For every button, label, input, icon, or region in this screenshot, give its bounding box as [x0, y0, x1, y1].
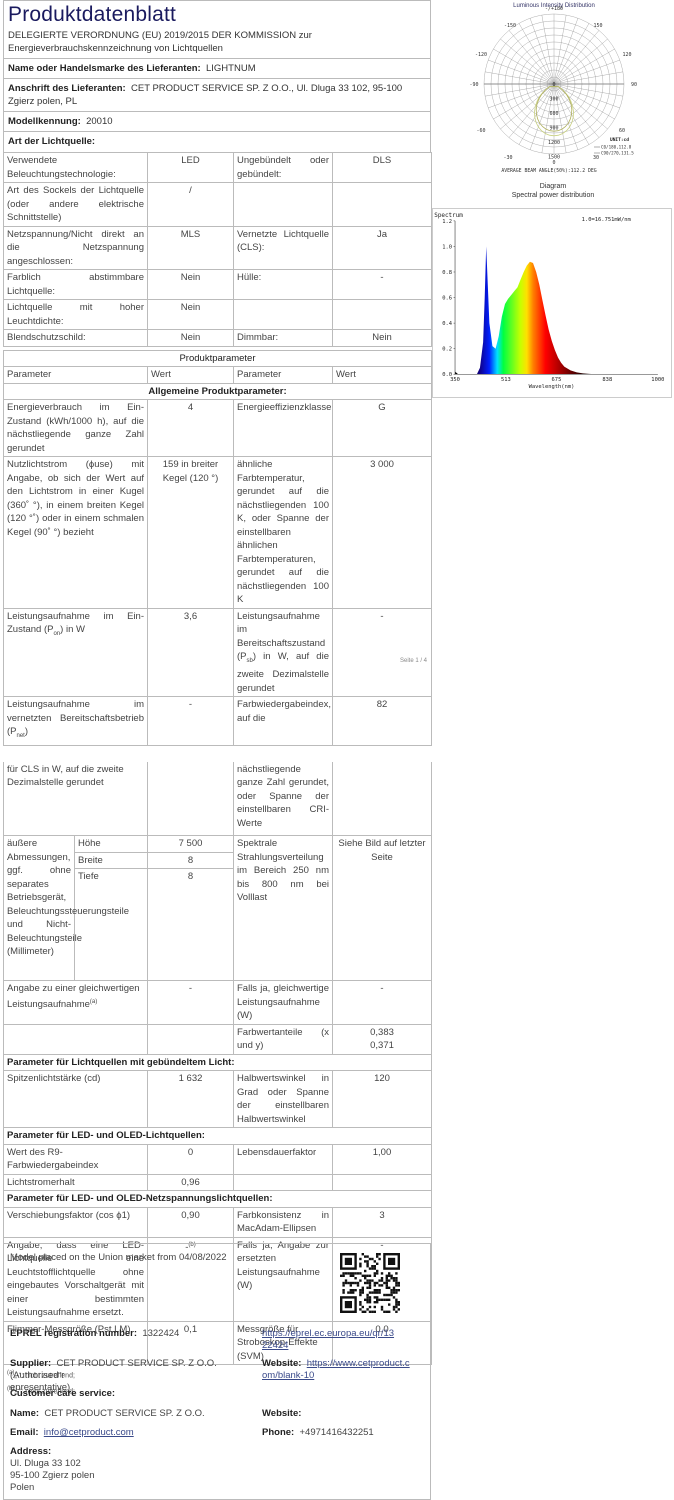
customer-care-heading: Customer care service:	[10, 1388, 115, 1400]
lightsource-value-2: Nein	[333, 330, 432, 347]
table-row: Blendschutzschild:NeinDimmbar:Nein	[4, 330, 432, 347]
svg-text:AVERAGE BEAM ANGLE(50%):112.2: AVERAGE BEAM ANGLE(50%):112.2 DEG	[501, 168, 596, 174]
svg-text:600: 600	[549, 111, 558, 117]
lightsource-label: Netzspannung/Nicht direkt an die Netzspa…	[4, 226, 148, 270]
energy-consumption-value: 4	[148, 400, 234, 457]
lightsource-label-2: Ungebündelt oder gebündelt:	[234, 153, 333, 183]
svg-text:0.6: 0.6	[442, 296, 452, 302]
power-standby-value: -	[333, 608, 432, 697]
care-email: Email: info@cetproduct.com	[10, 1427, 134, 1439]
care-website-label: Website:	[262, 1408, 301, 1420]
supplier-name-row: Name oder Handelsmarke des Lieferanten: …	[4, 58, 430, 78]
svg-text:120: 120	[622, 52, 631, 58]
chromaticity-value: 0,3830,371	[333, 1024, 432, 1054]
lightsource-label: Lichtquelle mit hoher Leuchtdichte:	[4, 300, 148, 330]
r9-label: Wert des R9-Farbwiedergabeindex	[4, 1144, 148, 1174]
model-row: Modellkennung: 20010	[4, 111, 430, 131]
header-block: Produktdatenblatt DELEGIERTE VERORDNUNG …	[3, 0, 431, 152]
email-link[interactable]: info@cetproduct.com	[44, 1427, 134, 1438]
table-row: Farbwertanteile (x und y) 0,3830,371	[4, 1024, 432, 1054]
regulation-subtitle: DELEGIERTE VERORDNUNG (EU) 2019/2015 DER…	[4, 27, 430, 58]
lightsource-value: Nein	[148, 300, 234, 330]
lightsource-label-2: Hülle:	[234, 270, 333, 300]
displacement-factor-label: Verschiebungsfaktor (cos ϕ1)	[4, 1207, 148, 1237]
table-row: Farblich abstimmbare Lichtquelle:NeinHül…	[4, 270, 432, 300]
power-network-value: -	[148, 697, 234, 745]
lightsource-type-row: Art der Lichtquelle:	[4, 131, 430, 152]
lightsource-label-2: Vernetzte Lichtquelle (CLS):	[234, 226, 333, 270]
table-row: Lichtstromerhalt 0,96	[4, 1174, 432, 1191]
lightsource-value: /	[148, 183, 234, 227]
dim-depth-value: 8	[148, 869, 234, 981]
svg-text:1200: 1200	[548, 140, 560, 146]
empty-cell	[234, 1174, 333, 1191]
table-row: Lichtquelle mit hoher Leuchtdichte:Nein	[4, 300, 432, 330]
care-address: Address: Ul. Dluga 33 102 95-100 Zgierz …	[10, 1446, 95, 1494]
params-heading-row: Produktparameter	[4, 350, 432, 367]
supplier-name-value: LIGHTNUM	[206, 63, 256, 74]
beam-angle-label: Halbwertswinkel in Grad oder Spanne der …	[234, 1071, 333, 1128]
peak-intensity-label: Spitzenlichtstärke (cd)	[4, 1071, 148, 1128]
table-row: Energieverbrauch im Ein-Zustand (kWh/100…	[4, 400, 432, 457]
power-on-label: Leistungsaufnahme im Ein-Zustand (Pon) i…	[4, 608, 148, 697]
power-on-value: 3,6	[148, 608, 234, 697]
table-row: Netzspannung/Nicht direkt an die Netzspa…	[4, 226, 432, 270]
dim-height-value: 7 500	[148, 836, 234, 853]
energy-consumption-label: Energieverbrauch im Ein-Zustand (kWh/100…	[4, 400, 148, 457]
power-network-label-cont: für CLS in W, auf die zweite Dezimalstel…	[4, 762, 148, 836]
table-row: Wert des R9-Farbwiedergabeindex 0 Lebens…	[4, 1144, 432, 1174]
svg-text:UNIT:cd: UNIT:cd	[610, 137, 629, 143]
dim-depth-label: Tiefe	[75, 869, 148, 981]
svg-text:0.8: 0.8	[442, 270, 452, 276]
care-phone: Phone: +4971416432251	[262, 1427, 374, 1439]
svg-text:350: 350	[450, 377, 460, 383]
cri-value: 82	[333, 697, 432, 745]
supplier-address-label: Anschrift des Lieferanten:	[8, 83, 126, 94]
lightsource-type-label: Art der Lichtquelle:	[8, 136, 95, 147]
table-row: Leistungsaufnahme im Ein-Zustand (Pon) i…	[4, 608, 432, 697]
energy-class-label: Energieeffizienzklasse	[234, 400, 333, 457]
power-network-label: Leistungsaufnahme im vernetzten Bereitsc…	[4, 697, 148, 745]
svg-text:-60: -60	[476, 128, 485, 134]
lightsource-label: Verwendete Beleuchtungstechnologie:	[4, 153, 148, 183]
svg-text:1000: 1000	[651, 377, 664, 383]
col-header-parameter-2: Parameter	[234, 367, 333, 384]
lightsource-value: MLS	[148, 226, 234, 270]
led-heading: Parameter für LED- und OLED-Lichtquellen…	[4, 1128, 432, 1145]
table-row: Angabe zu einer gleichwertigen Leistungs…	[4, 981, 432, 1025]
lumen-maintenance-value: 0,96	[148, 1174, 234, 1191]
spectral-distribution-value: Siehe Bild auf letzter Seite	[333, 836, 432, 981]
survival-factor-label: Lebensdauerfaktor	[234, 1144, 333, 1174]
qr-code-icon[interactable]	[340, 1253, 400, 1313]
product-parameters-table: Produktparameter Parameter Wert Paramete…	[3, 350, 432, 746]
dims-row: äußere Abmessungen, ggf. ohne separates …	[4, 836, 432, 853]
dim-width-label: Breite	[75, 852, 148, 869]
table-row: Spitzenlichtstärke (cd) 1 632 Halbwertsw…	[4, 1071, 432, 1128]
svg-text:675: 675	[552, 377, 562, 383]
svg-text:1500: 1500	[548, 155, 560, 161]
spectral-distribution-label: Spektrale Strahlungsverteilung im Bereic…	[234, 836, 333, 981]
lightsource-value-2: Ja	[333, 226, 432, 270]
page-title: Produktdatenblatt	[4, 1, 430, 27]
survival-factor-value: 1,00	[333, 1144, 432, 1174]
chromaticity-label: Farbwertanteile (x und y)	[234, 1024, 333, 1054]
luminous-flux-label: Nutzlichtstrom (ϕuse) mit Angabe, ob sic…	[4, 457, 148, 609]
svg-text:513: 513	[501, 377, 511, 383]
empty-cell	[333, 762, 432, 836]
lightsource-value: LED	[148, 153, 234, 183]
col-header-value: Wert	[148, 367, 234, 384]
svg-text:-90: -90	[469, 82, 478, 88]
mains-heading-row: Parameter für LED- und OLED-Netzspannung…	[4, 1191, 432, 1208]
macadam-value: 3	[333, 1207, 432, 1237]
svg-text:-150: -150	[504, 23, 516, 29]
power-standby-label: Leistungsaufnahme im Bereitschaftszustan…	[234, 608, 333, 697]
model-value: 20010	[86, 116, 112, 127]
svg-text:1.0: 1.0	[442, 244, 452, 250]
svg-text:150: 150	[593, 23, 602, 29]
equivalent-power-if-value: -	[333, 981, 432, 1025]
energy-class-value: G	[333, 400, 432, 457]
beam-angle-value: 120	[333, 1071, 432, 1128]
svg-text:Spectrum: Spectrum	[434, 212, 463, 219]
directional-heading: Parameter für Lichtquellen mit gebündelt…	[4, 1054, 432, 1071]
lightsource-value-2: -	[333, 270, 432, 300]
lightsource-value-2	[333, 300, 432, 330]
spectral-chart-title: Diagram Spectral power distribution	[438, 182, 668, 200]
subtitle-line-1: DELEGIERTE VERORDNUNG (EU) 2019/2015 DER…	[8, 29, 426, 42]
lightsource-label-2: Dimmbar:	[234, 330, 333, 347]
lumen-maintenance-label: Lichtstromerhalt	[4, 1174, 148, 1191]
supplier-address-row: Anschrift des Lieferanten: CET PRODUCT S…	[4, 78, 430, 111]
supplier-name-label: Name oder Handelsmarke des Lieferanten:	[8, 63, 201, 74]
cri-label: Farbwiedergabeindex, auf die	[234, 697, 333, 745]
table-row: Leistungsaufnahme im vernetzten Bereitsc…	[4, 697, 432, 745]
col-header-parameter: Parameter	[4, 367, 148, 384]
svg-text:838: 838	[602, 377, 612, 383]
lightsource-label-2	[234, 300, 333, 330]
macadam-label: Farbkonsistenz in MacAdam-Ellipsen	[234, 1207, 333, 1237]
care-name: Name: CET PRODUCT SERVICE SP. Z O.O.	[10, 1408, 205, 1420]
svg-text:0: 0	[552, 160, 555, 166]
website-link-cont[interactable]: om/blank-10	[262, 1370, 314, 1381]
svg-text:C90/270,131.5: C90/270,131.5	[601, 151, 634, 156]
lightsource-value: Nein	[148, 270, 234, 300]
market-date: Model placed on the Union market from 04…	[10, 1252, 227, 1264]
displacement-factor-value: 0,90	[148, 1207, 234, 1237]
r9-value: 0	[148, 1144, 234, 1174]
col-header-value-2: Wert	[333, 367, 432, 384]
page-number: Seite 1 / 4	[400, 658, 427, 664]
lightsource-label: Blendschutzschild:	[4, 330, 148, 347]
lightsource-value-2: DLS	[333, 153, 432, 183]
led-heading-row: Parameter für LED- und OLED-Lichtquellen…	[4, 1128, 432, 1145]
general-params-heading: Allgemeine Produktparameter:	[4, 383, 432, 400]
lightsource-label: Farblich abstimmbare Lichtquelle:	[4, 270, 148, 300]
svg-text:30: 30	[593, 155, 599, 161]
cri-label-cont: nächstliegende ganze Zahl gerundet, oder…	[234, 762, 333, 836]
eprel-link[interactable]: https://eprel.ec.europa.eu/qr/1322424	[262, 1328, 394, 1352]
svg-text:-30: -30	[503, 155, 512, 161]
website-link[interactable]: https://www.cetproduct.c	[307, 1358, 410, 1369]
lightsource-value-2	[333, 183, 432, 227]
svg-text:1.2: 1.2	[442, 219, 452, 225]
general-heading-row: Allgemeine Produktparameter:	[4, 383, 432, 400]
table-row: Verwendete Beleuchtungstechnologie:LEDUn…	[4, 153, 432, 183]
empty-cell	[333, 1174, 432, 1191]
svg-text:-/+180: -/+180	[545, 6, 563, 12]
table-row: Verschiebungsfaktor (cos ϕ1) 0,90 Farbko…	[4, 1207, 432, 1237]
table-row: für CLS in W, auf die zweite Dezimalstel…	[4, 762, 432, 836]
empty-cell	[148, 1024, 234, 1054]
model-label: Modellkennung:	[8, 116, 81, 127]
table-row: Nutzlichtstrom (ϕuse) mit Angabe, ob sic…	[4, 457, 432, 609]
subtitle-line-2: Energieverbrauchskennzeichnung von Licht…	[8, 42, 426, 55]
svg-text:C0/180,112.8: C0/180,112.8	[601, 145, 632, 150]
svg-text:300: 300	[549, 97, 558, 103]
directional-heading-row: Parameter für Lichtquellen mit gebündelt…	[4, 1054, 432, 1071]
equivalent-power-if-label: Falls ja, gleichwertige Leistungsaufnahm…	[234, 981, 333, 1025]
cct-label: ähnliche Farbtemperatur, gerundet auf di…	[234, 457, 333, 609]
luminous-flux-value: 159 in breiter Kegel (120 °)	[148, 457, 234, 609]
product-datasheet: Produktdatenblatt DELEGIERTE VERORDNUNG …	[3, 0, 431, 1398]
spectral-power-chart: Spectrum1.0=16.751mW/nm0.00.20.40.60.81.…	[432, 208, 672, 398]
dim-height-label: Höhe	[75, 836, 148, 853]
svg-text:90: 90	[631, 82, 637, 88]
table-row: Art des Sockels der Lichtquelle (oder an…	[4, 183, 432, 227]
svg-text:-120: -120	[475, 52, 487, 58]
peak-intensity-value: 1 632	[148, 1071, 234, 1128]
svg-text:0.2: 0.2	[442, 347, 452, 353]
lightsource-label: Art des Sockels der Lichtquelle (oder an…	[4, 183, 148, 227]
svg-text:Wavelength(nm): Wavelength(nm)	[529, 384, 575, 390]
eprel-info-box: Model placed on the Union market from 04…	[3, 1243, 431, 1500]
empty-cell	[148, 762, 234, 836]
equivalent-power-label: Angabe zu einer gleichwertigen Leistungs…	[4, 981, 148, 1025]
svg-text:1.0=16.751mW/nm: 1.0=16.751mW/nm	[582, 217, 632, 223]
svg-text:60: 60	[619, 128, 625, 134]
dimensions-label: äußere Abmessungen, ggf. ohne separates …	[4, 836, 75, 981]
params-column-header-row: Parameter Wert Parameter Wert	[4, 367, 432, 384]
cct-value: 3 000	[333, 457, 432, 609]
website-line: Website: https://www.cetproduct.com/blan…	[262, 1358, 410, 1382]
empty-cell	[4, 1024, 148, 1054]
lightsource-table: Verwendete Beleuchtungstechnologie:LEDUn…	[3, 152, 432, 347]
mains-heading: Parameter für LED- und OLED-Netzspannung…	[4, 1191, 432, 1208]
params-heading: Produktparameter	[4, 350, 432, 367]
luminous-intensity-polar-chart: Luminous Intensity Distribution-/+180-15…	[438, 0, 670, 200]
svg-text:0.4: 0.4	[442, 321, 453, 327]
dim-width-value: 8	[148, 852, 234, 869]
eprel-number: EPREL registration number: 1322424	[10, 1328, 179, 1340]
lightsource-value: Nein	[148, 330, 234, 347]
lightsource-label-2	[234, 183, 333, 227]
equivalent-power-value: -	[148, 981, 234, 1025]
